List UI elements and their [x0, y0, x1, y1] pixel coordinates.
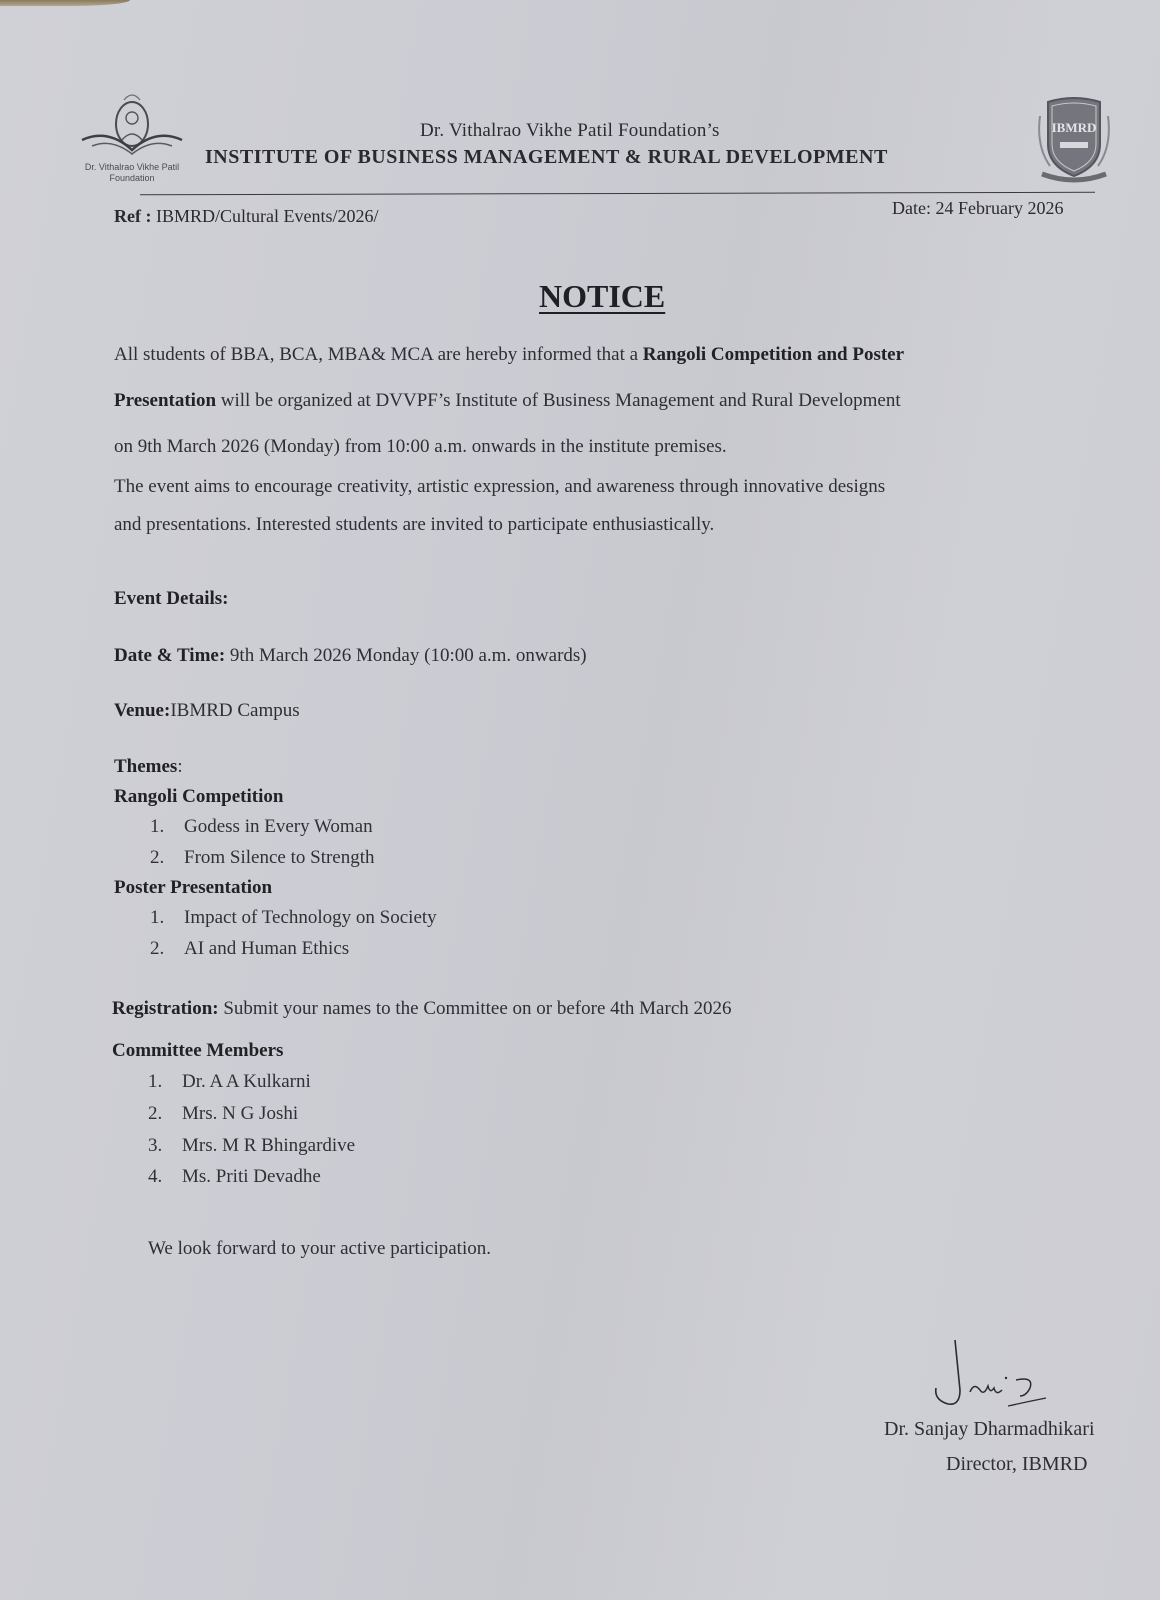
themes-heading-text: Themes	[114, 756, 177, 777]
theme-item: AI and Human Ethics	[184, 938, 349, 959]
list-item: 1.Godess in Every Woman	[150, 816, 373, 838]
list-item: 1.Dr. A A Kulkarni	[148, 1071, 311, 1093]
closing-line: We look forward to your active participa…	[148, 1238, 491, 1260]
committee-member: Dr. A A Kulkarni	[182, 1071, 311, 1092]
committee-heading: Committee Members	[112, 1040, 283, 1062]
event-date-time: Date & Time: 9th March 2026 Monday (10:0…	[114, 645, 587, 667]
signature	[930, 1340, 1060, 1410]
foundation-name: Dr. Vithalrao Vikhe Patil Foundation’s	[420, 120, 720, 142]
committee-member: Mrs. M R Bhingardive	[182, 1135, 355, 1156]
intro-line-5: and presentations. Interested students a…	[114, 514, 714, 536]
logo-caption-line2: Foundation	[109, 173, 154, 183]
ibmrd-crest-logo: IBMRD	[1034, 96, 1114, 188]
photo-edge	[0, 0, 130, 6]
themes-heading: Themes:	[114, 756, 183, 778]
date-time-label: Date & Time:	[114, 645, 225, 666]
handwritten-signature-icon	[930, 1340, 1060, 1410]
list-item: 1.Impact of Technology on Society	[150, 907, 437, 929]
list-item: 2.From Silence to Strength	[150, 847, 375, 869]
logo-caption-line1: Dr. Vithalrao Vikhe Patil	[85, 162, 179, 172]
institute-name: INSTITUTE OF BUSINESS MANAGEMENT & RURAL…	[205, 146, 888, 169]
intro-line-3: on 9th March 2026 (Monday) from 10:00 a.…	[114, 436, 727, 458]
venue-label: Venue:	[114, 700, 170, 721]
event-details-heading: Event Details:	[114, 588, 229, 610]
list-item: 3.Mrs. M R Bhingardive	[148, 1135, 355, 1157]
intro-line-4: The event aims to encourage creativity, …	[114, 476, 885, 498]
notice-title: NOTICE	[539, 278, 665, 315]
committee-member: Ms. Priti Devadhe	[182, 1166, 321, 1187]
date-time-value: 9th March 2026 Monday (10:00 a.m. onward…	[225, 645, 586, 666]
themes-colon: :	[177, 756, 182, 777]
intro-bold-text: Rangoli Competition and Poster	[643, 344, 904, 365]
signatory-name: Dr. Sanjay Dharmadhikari	[884, 1418, 1095, 1441]
committee-member: Mrs. N G Joshi	[182, 1103, 298, 1124]
foundation-logo: Dr. Vithalrao Vikhe Patil Foundation	[78, 88, 186, 188]
theme-category-poster: Poster Presentation	[114, 877, 272, 899]
event-venue: Venue:IBMRD Campus	[114, 700, 300, 722]
crest-shield-icon: IBMRD	[1034, 96, 1114, 188]
ref-value: IBMRD/Cultural Events/2026/	[156, 206, 379, 226]
theme-item: Impact of Technology on Society	[184, 907, 437, 928]
theme-category-rangoli: Rangoli Competition	[114, 786, 283, 808]
reference-number: Ref : IBMRD/Cultural Events/2026/	[114, 206, 378, 227]
registration-label: Registration:	[112, 998, 219, 1019]
list-item: 4.Ms. Priti Devadhe	[148, 1166, 321, 1188]
intro-bold-text: Presentation	[114, 390, 216, 411]
header-divider	[140, 192, 1095, 196]
foundation-emblem-icon	[78, 88, 186, 168]
registration-value: Submit your names to the Committee on or…	[219, 998, 732, 1019]
intro-line-1: All students of BBA, BCA, MBA& MCA are h…	[114, 344, 904, 366]
venue-value: IBMRD Campus	[170, 700, 299, 721]
theme-item: Godess in Every Woman	[184, 816, 373, 837]
svg-text:IBMRD: IBMRD	[1052, 120, 1097, 135]
intro-text: All students of BBA, BCA, MBA& MCA are h…	[114, 344, 643, 365]
ref-label: Ref :	[114, 206, 151, 226]
registration-info: Registration: Submit your names to the C…	[112, 998, 732, 1020]
intro-line-2: Presentation will be organized at DVVPF’…	[114, 390, 901, 412]
theme-item: From Silence to Strength	[184, 847, 375, 868]
list-item: 2.AI and Human Ethics	[150, 938, 349, 960]
notice-date: Date: 24 February 2026	[892, 198, 1063, 219]
list-item: 2.Mrs. N G Joshi	[148, 1103, 298, 1125]
intro-text: will be organized at DVVPF’s Institute o…	[216, 390, 901, 411]
signatory-title: Director, IBMRD	[946, 1453, 1087, 1476]
